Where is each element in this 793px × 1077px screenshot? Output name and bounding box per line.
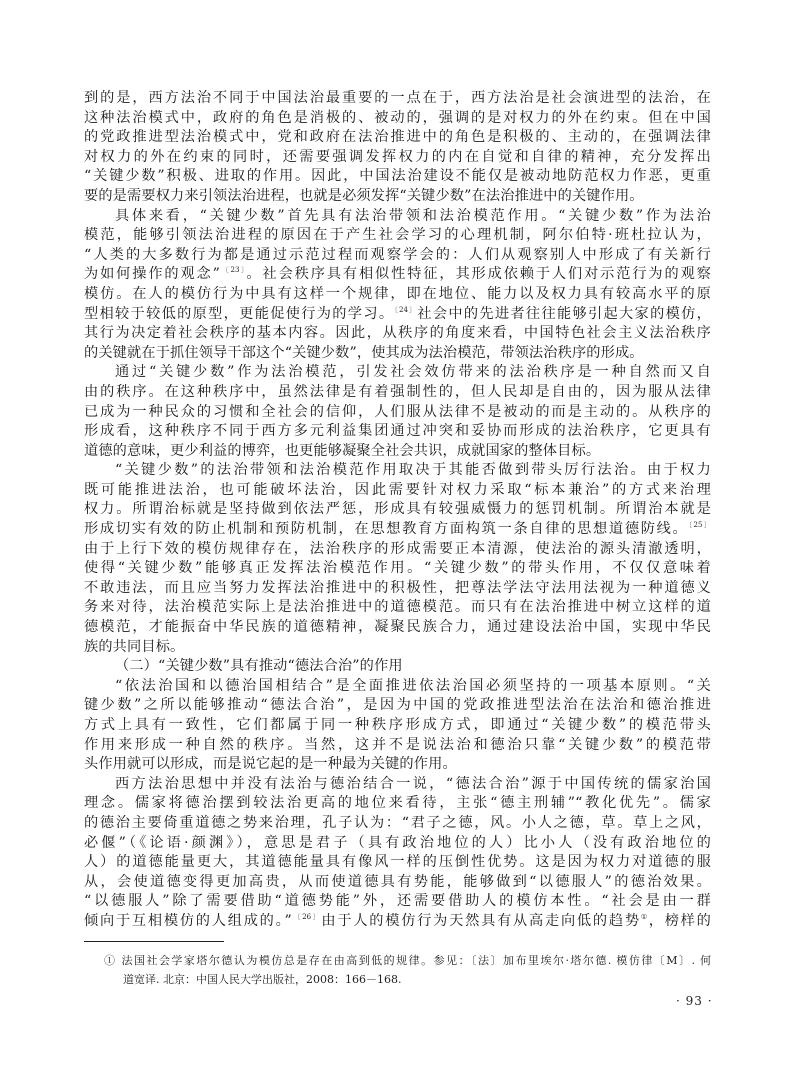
text-line: （二）“关键少数”具有推动“德法合治”的作用 bbox=[84, 657, 711, 677]
text-line: 要的是需要权力来引领法治进程，也就是必须发挥“关键少数”在法治推进中的关键作用。 bbox=[84, 187, 711, 207]
text-line: 理念。儒家将德治摆到较法治更高的地位来看待，主张“德主刑辅”“教化优先”。儒家 bbox=[84, 794, 711, 814]
footnote-text-1: 法国社会学家塔尔德认为模仿总是存在由高到低的规律。参见：〔法〕加布里埃尔·塔尔德… bbox=[121, 954, 711, 967]
text-line: 不敢违法，而且应当努力发挥法治推进中的积极性，把尊法学法守法用法视为一种道德义 bbox=[84, 579, 711, 599]
text-line: 头作用就可以形成，而是说它起的是一种最为关键的作用。 bbox=[84, 755, 711, 775]
text-span: 模仿。在人的模仿行为中具有这样一个规律，即在地位、能力以及权力具有较高水平的原 bbox=[84, 286, 711, 302]
text-span: “依法治国和以德治国相结合”是全面推进依法治国必须坚持的一项基本原则。“关 bbox=[115, 678, 711, 694]
text-line: 作用来形成一种自然的秩序。当然，这并不是说法治和德治只靠“关键少数”的模范带 bbox=[84, 736, 711, 756]
text-span: 从，会使道德变得更加高贵，从而使道德具有势能，能够做到“以德服人”的德治效果。 bbox=[84, 874, 711, 890]
text-line: 方式上具有一致性，它们都属于同一种秩序形成方式，即通过“关键少数”的模范带头 bbox=[84, 716, 711, 736]
citation-marker: 〔24〕 bbox=[394, 306, 417, 314]
text-span: 的关键就在于抓住领导干部这个“关键少数”，使其成为法治模范，带领法治秩序的形成。 bbox=[84, 345, 644, 361]
text-line: “关键少数”的法治带领和法治模范作用取决于其能否做到带头厉行法治。由于权力 bbox=[84, 461, 711, 481]
footnote-marker: ① bbox=[104, 954, 117, 967]
text-span: 形成看，这种秩序不同于西方多元利益集团通过冲突和妥协而形成的法治秩序，它更具有 bbox=[84, 423, 711, 439]
text-line: 键少数”之所以能够推动“德法合治”，是因为中国的党政推进型法治在法治和德治推进 bbox=[84, 696, 711, 716]
text-span: 到的是，西方法治不同于中国法治最重要的一点在于，西方法治是社会演进型的法治，在 bbox=[84, 90, 711, 106]
text-span: 族的共同目标。 bbox=[84, 639, 184, 655]
text-span: “关键少数”的法治带领和法治模范作用取决于其能否做到带头厉行法治。由于权力 bbox=[115, 462, 711, 478]
text-span: 权力。所谓治标就是坚持做到依法严惩，形成具有较强威慑力的惩罚机制。所谓治本就是 bbox=[84, 501, 711, 517]
text-line: 的德治主要倚重道德之势来治理，孔子认为：“君子之德，风。小人之德，草。草上之风， bbox=[84, 814, 711, 834]
text-line: 人）的道德能量更大，其道德能量具有像风一样的压倒性优势。这是因为权力对道德的服 bbox=[84, 853, 711, 873]
citation-marker: ① bbox=[641, 913, 649, 921]
text-line: “依法治国和以德治国相结合”是全面推进依法治国必须坚持的一项基本原则。“关 bbox=[84, 677, 711, 697]
text-span: 头作用就可以形成，而是说它起的是一种最为关键的作用。 bbox=[84, 756, 457, 772]
text-span: 西方法治思想中并没有法治与德治结合一说，“德法合治”源于中国传统的儒家治国 bbox=[115, 776, 711, 792]
text-line: 型相较于较低的原型，更能促使行为的学习。〔24〕社会中的先进者往往能够引起大家的… bbox=[84, 305, 711, 325]
text-span: （二）“关键少数”具有推动“德法合治”的作用 bbox=[115, 658, 403, 674]
citation-marker: 〔26〕 bbox=[292, 913, 321, 921]
text-line: 由的秩序。在这种秩序中，虽然法律是有着强制性的，但人民却是自由的，因为服从法律 bbox=[84, 383, 711, 403]
text-span: 既可能推进法治，也可能破坏法治，因此需要针对权力采取“标本兼治”的方式来治理 bbox=[84, 482, 711, 498]
footnote-line-1: ① 法国社会学家塔尔德认为模仿总是存在由高到低的规律。参见：〔法〕加布里埃尔·塔… bbox=[104, 951, 711, 970]
text-line: 权力。所谓治标就是坚持做到依法严惩，形成具有较强威慑力的惩罚机制。所谓治本就是 bbox=[84, 500, 711, 520]
text-span: 其行为决定着社会秩序的基本内容。因此，从秩序的角度来看，中国特色社会主义法治秩序 bbox=[84, 325, 711, 341]
citation-marker: 〔23〕 bbox=[220, 266, 246, 274]
text-span: 键少数”之所以能够推动“德法合治”，是因为中国的党政推进型法治在法治和德治推进 bbox=[84, 697, 711, 713]
text-span: 道德的意味，更少利益的博弈，也更能够凝聚全社会共识，成就国家的整体目标。 bbox=[84, 443, 600, 459]
text-line: 必偃”（《论语·颜渊》），意思是君子（具有政治地位的人）比小人（没有政治地位的 bbox=[84, 834, 711, 854]
text-span: ，榜样的 bbox=[649, 913, 711, 929]
text-line: “以德服人”除了需要借助“道德势能”外，还需要借助人的模仿本性。“社会是由一群 bbox=[84, 892, 711, 912]
text-span: 倾向于互相模仿的人组成的。” bbox=[84, 913, 292, 929]
footnote-divider bbox=[84, 941, 224, 942]
text-line: 由于上行下效的模仿规律存在，法治秩序的形成需要正本清源，使法治的源头清澈透明， bbox=[84, 540, 711, 560]
citation-marker: 〔25〕 bbox=[688, 521, 711, 529]
text-span: 由的秩序。在这种秩序中，虽然法律是有着强制性的，但人民却是自由的，因为服从法律 bbox=[84, 384, 711, 400]
footnote-line-2: 道宽译. 北京：中国人民大学出版社，2008：166－168. bbox=[104, 970, 711, 989]
text-span: “人类的大多数行为都是通过示范过程而观察学会的：人们从观察别人中形成了有关新行 bbox=[84, 247, 711, 263]
text-line: 从，会使道德变得更加高贵，从而使道德具有势能，能够做到“以德服人”的德治效果。 bbox=[84, 873, 711, 893]
text-line: 形成看，这种秩序不同于西方多元利益集团通过冲突和妥协而形成的法治秩序，它更具有 bbox=[84, 422, 711, 442]
text-line: 为如何操作的观念”〔23〕。社会秩序具有相似性特征，其形成依赖于人们对示范行为的… bbox=[84, 265, 711, 285]
text-line: 其行为决定着社会秩序的基本内容。因此，从秩序的角度来看，中国特色社会主义法治秩序 bbox=[84, 324, 711, 344]
text-line: 的关键就在于抓住领导干部这个“关键少数”，使其成为法治模范，带领法治秩序的形成。 bbox=[84, 344, 711, 364]
text-line: 对权力的外在约束的同时，还需要强调发挥权力的内在自觉和自律的精神，充分发挥出 bbox=[84, 148, 711, 168]
text-span: 人）的道德能量更大，其道德能量具有像风一样的压倒性优势。这是因为权力对道德的服 bbox=[84, 854, 711, 870]
text-span: 的党政推进型法治模式中，党和政府在法治推进中的角色是积极的、主动的，在强调法律 bbox=[84, 129, 711, 145]
text-line: 德模范，才能振奋中华民族的道德精神，凝聚民族合力，通过建设法治中国，实现中华民 bbox=[84, 618, 711, 638]
text-line: 具体来看，“关键少数”首先具有法治带领和法治模范作用。“关键少数”作为法治 bbox=[84, 207, 711, 227]
text-line: 通过“关键少数”作为法治模范，引发社会效仿带来的法治秩序是一种自然而又自 bbox=[84, 363, 711, 383]
text-line: 已成为一种民众的习惯和全社会的信仰，人们服从法律不是被动的而是主动的。从秩序的 bbox=[84, 403, 711, 423]
text-span: 模范，能够引领法治进程的原因在于产生社会学习的心理机制，阿尔伯特·班杜拉认为， bbox=[84, 227, 711, 243]
text-span: 。社会秩序具有相似性特征，其形成依赖于人们对示范行为的观察 bbox=[246, 266, 711, 282]
text-line: 到的是，西方法治不同于中国法治最重要的一点在于，西方法治是社会演进型的法治，在 bbox=[84, 89, 711, 109]
text-line: 形成切实有效的防止机制和预防机制，在思想教育方面构筑一条自律的思想道德防线。〔2… bbox=[84, 520, 711, 540]
text-span: 已成为一种民众的习惯和全社会的信仰，人们服从法律不是被动的而是主动的。从秩序的 bbox=[84, 404, 711, 420]
text-span: “关键少数”积极、进取的作用。因此，中国法治建设不能仅是被动地防范权力作恶，更重 bbox=[84, 168, 711, 184]
text-span: 由于人的模仿行为天然具有从高走向低的趋势 bbox=[321, 913, 640, 929]
text-span: 具体来看，“关键少数”首先具有法治带领和法治模范作用。“关键少数”作为法治 bbox=[115, 208, 711, 224]
text-span: 这种法治模式中，政府的角色是消极的、被动的，强调的是对权力的外在约束。但在中国 bbox=[84, 110, 711, 126]
text-line: 模仿。在人的模仿行为中具有这样一个规律，即在地位、能力以及权力具有较高水平的原 bbox=[84, 285, 711, 305]
text-line: “人类的大多数行为都是通过示范过程而观察学会的：人们从观察别人中形成了有关新行 bbox=[84, 246, 711, 266]
text-line: 模范，能够引领法治进程的原因在于产生社会学习的心理机制，阿尔伯特·班杜拉认为， bbox=[84, 226, 711, 246]
text-span: 务来对待，法治模范实际上是法治推进中的道德模范。而只有在法治推进中树立这样的道 bbox=[84, 599, 711, 615]
text-line: 使得“关键少数”能够真正发挥法治模范作用。“关键少数”的带头作用，不仅仅意味着 bbox=[84, 559, 711, 579]
text-span: 德模范，才能振奋中华民族的道德精神，凝聚民族合力，通过建设法治中国，实现中华民 bbox=[84, 619, 711, 635]
text-line: 西方法治思想中并没有法治与德治结合一说，“德法合治”源于中国传统的儒家治国 bbox=[84, 775, 711, 795]
text-line: 这种法治模式中，政府的角色是消极的、被动的，强调的是对权力的外在约束。但在中国 bbox=[84, 109, 711, 129]
text-span: 使得“关键少数”能够真正发挥法治模范作用。“关键少数”的带头作用，不仅仅意味着 bbox=[84, 560, 711, 576]
text-span: 要的是需要权力来引领法治进程，也就是必须发挥“关键少数”在法治推进中的关键作用。 bbox=[84, 188, 644, 204]
text-line: 道德的意味，更少利益的博弈，也更能够凝聚全社会共识，成就国家的整体目标。 bbox=[84, 442, 711, 462]
text-span: 为如何操作的观念” bbox=[84, 266, 220, 282]
text-span: 的德治主要倚重道德之势来治理，孔子认为：“君子之德，风。小人之德，草。草上之风， bbox=[84, 815, 711, 831]
text-line: “关键少数”积极、进取的作用。因此，中国法治建设不能仅是被动地防范权力作恶，更重 bbox=[84, 167, 711, 187]
text-span: “以德服人”除了需要借助“道德势能”外，还需要借助人的模仿本性。“社会是由一群 bbox=[84, 893, 711, 909]
text-span: 必偃”（《论语·颜渊》），意思是君子（具有政治地位的人）比小人（没有政治地位的 bbox=[84, 835, 711, 851]
footnote: ① 法国社会学家塔尔德认为模仿总是存在由高到低的规律。参见：〔法〕加布里埃尔·塔… bbox=[104, 951, 711, 989]
text-line: 的党政推进型法治模式中，党和政府在法治推进中的角色是积极的、主动的，在强调法律 bbox=[84, 128, 711, 148]
text-span: 社会中的先进者往往能够引起大家的模仿， bbox=[417, 306, 711, 322]
text-span: 作用来形成一种自然的秩序。当然，这并不是说法治和德治只靠“关键少数”的模范带 bbox=[84, 737, 711, 753]
text-span: 理念。儒家将德治摆到较法治更高的地位来看待，主张“德主刑辅”“教化优先”。儒家 bbox=[84, 795, 711, 811]
text-line: 务来对待，法治模范实际上是法治推进中的道德模范。而只有在法治推进中树立这样的道 bbox=[84, 598, 711, 618]
text-span: 形成切实有效的防止机制和预防机制，在思想教育方面构筑一条自律的思想道德防线。 bbox=[84, 521, 688, 537]
text-span: 不敢违法，而且应当努力发挥法治推进中的积极性，把尊法学法守法用法视为一种道德义 bbox=[84, 580, 711, 596]
body-text: 到的是，西方法治不同于中国法治最重要的一点在于，西方法治是社会演进型的法治，在这… bbox=[84, 89, 711, 932]
text-span: 由于上行下效的模仿规律存在，法治秩序的形成需要正本清源，使法治的源头清澈透明， bbox=[84, 541, 711, 557]
text-line: 既可能推进法治，也可能破坏法治，因此需要针对权力采取“标本兼治”的方式来治理 bbox=[84, 481, 711, 501]
text-span: 方式上具有一致性，它们都属于同一种秩序形成方式，即通过“关键少数”的模范带头 bbox=[84, 717, 711, 733]
page-number: · 93 · bbox=[676, 994, 713, 1008]
text-line: 倾向于互相模仿的人组成的。”〔26〕由于人的模仿行为天然具有从高走向低的趋势①，… bbox=[84, 912, 711, 932]
text-span: 型相较于较低的原型，更能促使行为的学习。 bbox=[84, 306, 394, 322]
text-span: 通过“关键少数”作为法治模范，引发社会效仿带来的法治秩序是一种自然而又自 bbox=[115, 364, 711, 380]
text-line: 族的共同目标。 bbox=[84, 638, 711, 658]
text-span: 对权力的外在约束的同时，还需要强调发挥权力的内在自觉和自律的精神，充分发挥出 bbox=[84, 149, 711, 165]
